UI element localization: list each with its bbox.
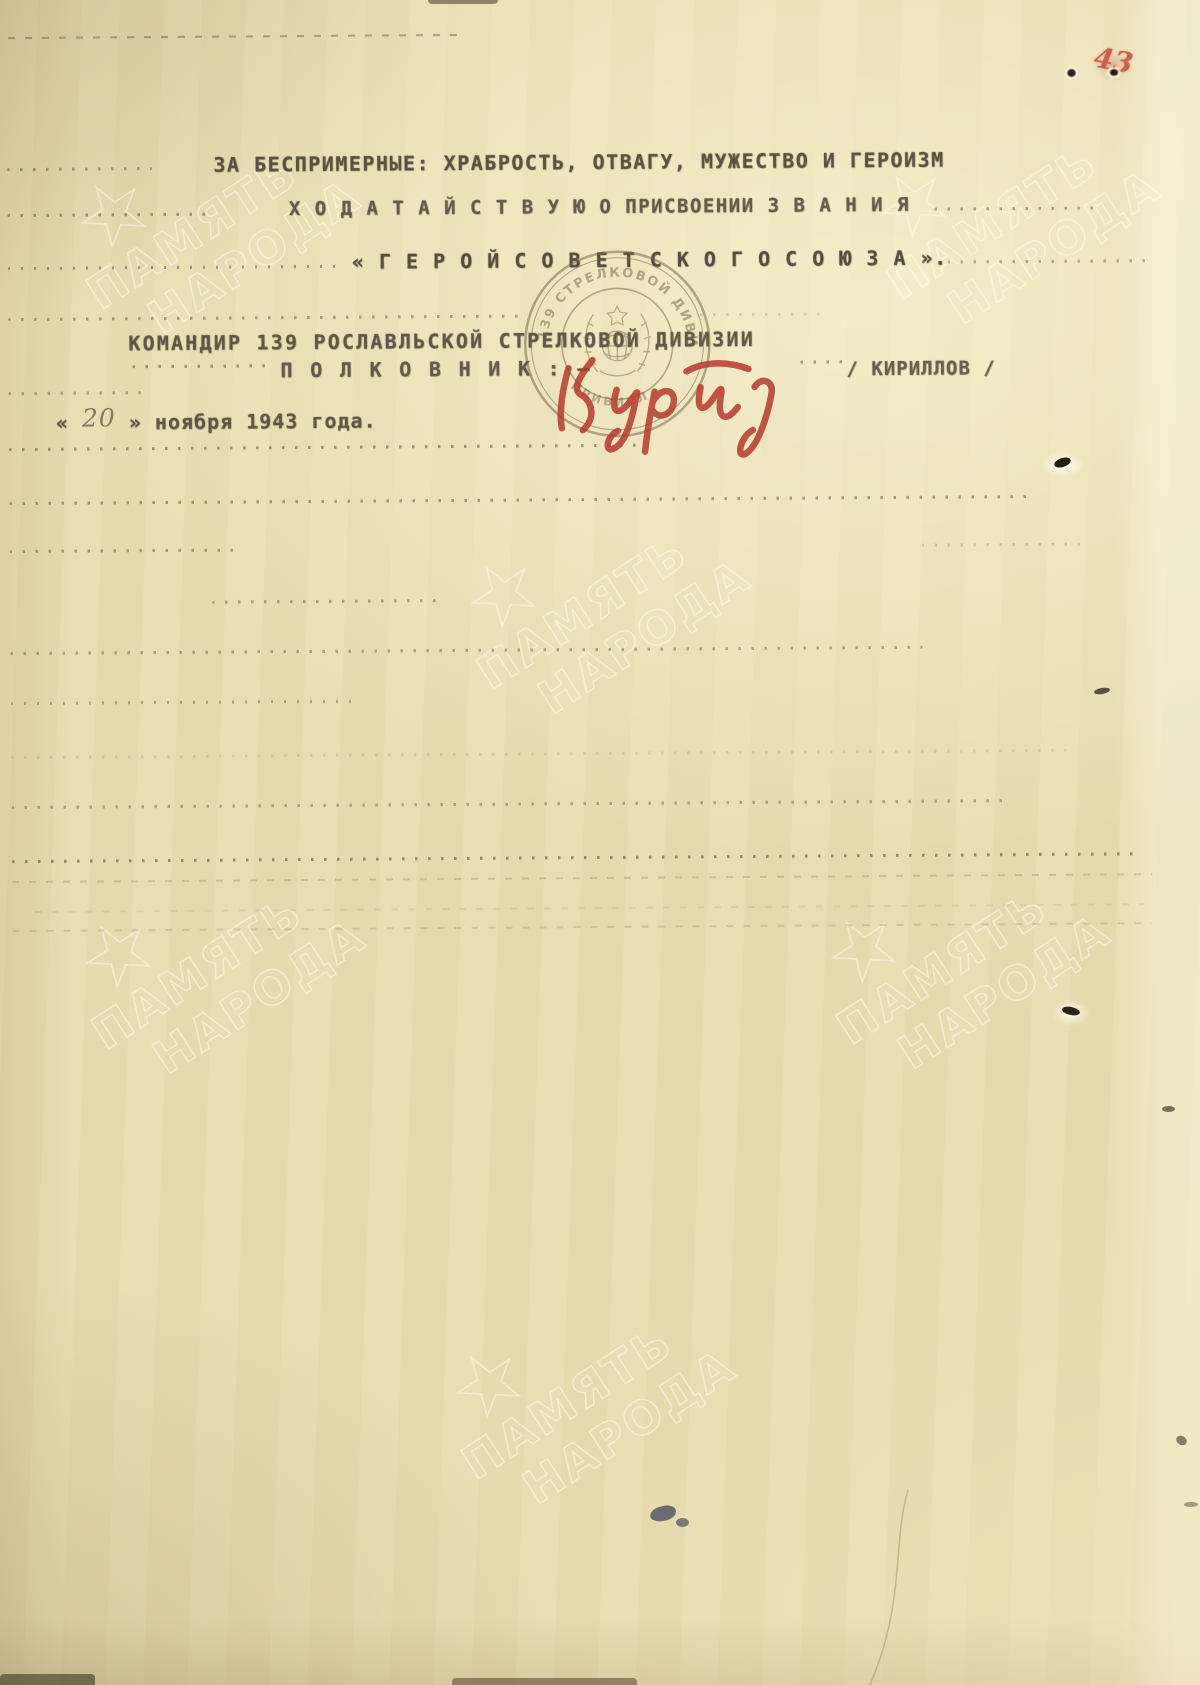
dotted-line — [11, 700, 356, 705]
edge-mark — [1184, 1502, 1198, 1507]
dotted-line — [9, 444, 639, 451]
date-quote-open: « — [56, 411, 69, 435]
dotted-line — [12, 799, 1007, 809]
dotted-line — [12, 922, 1152, 932]
crease-line — [840, 1490, 930, 1685]
dotted-line — [11, 749, 1071, 759]
dotted-line — [700, 312, 820, 316]
edge-mark — [1162, 1106, 1175, 1112]
dotted-line — [12, 852, 1142, 863]
dotted-line — [10, 646, 922, 655]
dotted-line — [212, 599, 440, 604]
signer-name: / КИРИЛЛОВ / — [846, 357, 995, 380]
edge-shadow — [0, 1674, 95, 1685]
dotted-line — [922, 543, 1087, 547]
dotted-line — [8, 315, 528, 322]
paper-hole — [1106, 66, 1122, 79]
dotted-line — [10, 549, 235, 554]
dotted-line — [132, 364, 272, 368]
scanned-document-page: ★ПАМЯТЬНАРОДА★ПАМЯТЬНАРОДА★ПАМЯТЬНАРОДА★… — [0, 0, 1200, 1685]
dotted-line — [9, 391, 149, 395]
edge-shadow — [452, 1678, 637, 1685]
date-rest: » ноября 1943 года. — [129, 409, 377, 435]
dotted-line — [8, 34, 463, 39]
dotted-line — [9, 495, 1027, 505]
typed-content-layer: ЗА БЕСПРИМЕРНЫЕ: ХРАБРОСТЬ, ОТВАГУ, МУЖЕ… — [0, 0, 1200, 1685]
date-line: « 20 » ноября 1943 года. — [56, 405, 377, 436]
dotted-line — [12, 873, 1152, 883]
paper-hole — [1064, 66, 1079, 80]
date-day-handwritten: 20 — [82, 403, 116, 432]
ink-blot — [676, 1518, 689, 1527]
dotted-line — [34, 903, 1144, 913]
signature-red — [548, 329, 811, 463]
edge-nick — [428, 0, 498, 4]
